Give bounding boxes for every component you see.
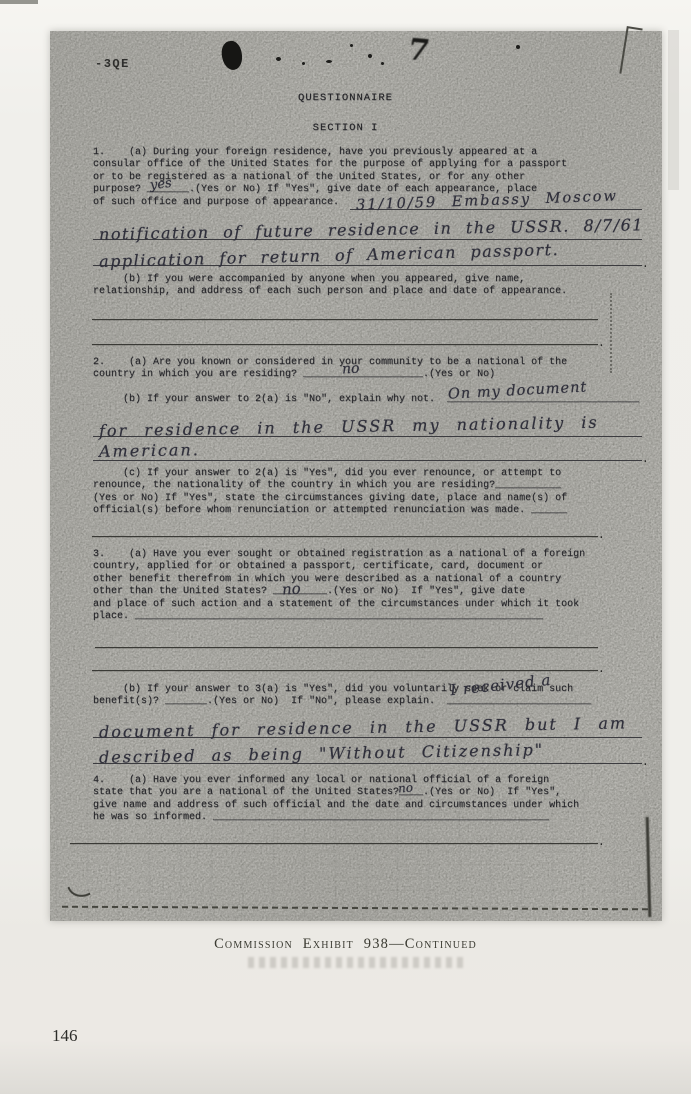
handwritten-q1-entry2-line: notification of future residence in the … [93,215,642,240]
blank-answer-line [92,536,598,537]
ink-blot [219,39,245,72]
question-1b: (b) If you were accompanied by anyone wh… [93,274,567,299]
question-4a: 4. (a) Have you ever informed any local … [93,775,579,825]
ink-speck [302,62,305,65]
typed-line: and place of such action and a statement… [93,599,585,611]
handwritten-q1-entry1: 31/10/59 Embassy Moscow [356,188,618,213]
typed-line: renounce, the nationality of the country… [93,480,567,492]
handwritten-q2b-part3: American. [99,440,200,461]
typed-line: place. _________________________________… [93,611,585,623]
typed-line: other than the United States? _________.… [93,586,585,598]
typed-line: relationship, and address of each such p… [93,286,567,298]
document-title: QUESTIONNAIRE [93,92,598,105]
question-3a: 3. (a) Have you ever sought or obtained … [93,549,585,623]
typed-line: country, applied for or obtained a passp… [93,561,585,573]
blank-answer-line [92,670,598,671]
typed-line: (c) If your answer to 2(a) is "Yes", did… [93,468,567,480]
handwritten-q1-entry1-line: 31/10/59 Embassy Moscow [350,187,642,210]
handwritten-q1-entry3-line: application for return of American passp… [93,241,642,266]
typed-line: other benefit therefrom in which you wer… [93,574,585,586]
handwritten-q1-entry3: application for return of American passp… [99,240,560,271]
handwritten-q3b-part2-line: document for residence in the USSR but I… [93,713,642,738]
handwritten-q2a-no: no [342,361,360,378]
blank-answer-line [92,319,598,320]
handwritten-q3a-no: no [281,579,301,598]
page-corner-artifact [619,26,642,76]
handwritten-q2b-part3-line: American. [93,436,642,461]
page-edge-shadow [668,30,679,190]
typed-line: 1. (a) During your foreign residence, ha… [93,147,567,159]
exhibit-caption: Commission Exhibit 938—Continued [0,936,691,953]
scanned-questionnaire: -3QE 7 QUESTIONNAIRE SECTION I 1. (a) Du… [50,31,662,921]
blank-answer-line [92,344,598,345]
typed-line: benefit(s)? _______.(Yes or No) If "No",… [93,696,591,708]
typed-line: 4. (a) Have you ever informed any local … [93,775,579,787]
typed-line: 3. (a) Have you ever sought or obtained … [93,549,585,561]
typed-line: he was so informed. ____________________… [93,812,579,824]
typed-line: (Yes or No) If "Yes", state the circumst… [93,493,567,505]
handwritten-q3b-part3-line: described as being "Without Citizenship" [93,739,642,764]
ink-speck [516,45,520,49]
handwritten-q1-yes: yes [149,176,172,193]
handwritten-q2b-part2-line: for residence in the USSR my nationality… [93,412,642,437]
handwritten-q1-entry2: notification of future residence in the … [99,215,644,244]
typed-line: state that you are a national of the Uni… [93,787,579,799]
ink-speck [326,60,332,63]
blank-answer-line [95,647,598,648]
ink-speck [276,57,281,61]
section-heading: SECTION I [93,122,598,135]
typed-line: 2. (a) Are you known or considered in yo… [93,357,567,369]
typed-line: country in which you are residing? _____… [93,369,567,381]
bleedthrough-line-artifact [610,293,612,373]
handwritten-q3b-part3: described as being "Without Citizenship" [99,740,544,767]
typed-line: consular office of the United States for… [93,159,567,171]
typed-line: give name and address of such official a… [93,800,579,812]
handwritten-q3b-part2: document for residence in the USSR but I… [99,713,627,741]
bleedthrough-caption-artifact [248,957,463,968]
typed-line: official(s) before whom renunciation or … [93,505,567,517]
corner-mark: -3QE [95,57,130,71]
typed-line: (b) If you were accompanied by anyone wh… [93,274,567,286]
handwritten-q4-no: no [397,780,413,795]
question-2c: (c) If your answer to 2(a) is "Yes", did… [93,468,567,518]
blank-answer-line [70,843,598,844]
ink-speck [368,54,372,58]
page-number: 146 [52,1026,78,1046]
stray-ink-mark: 7 [405,32,433,68]
exhibit-page: -3QE 7 QUESTIONNAIRE SECTION I 1. (a) Du… [0,0,691,1094]
ink-speck [381,62,384,65]
scan-edge-artifact [0,0,38,4]
ink-speck [350,44,353,47]
question-2a: 2. (a) Are you known or considered in yo… [93,357,567,382]
